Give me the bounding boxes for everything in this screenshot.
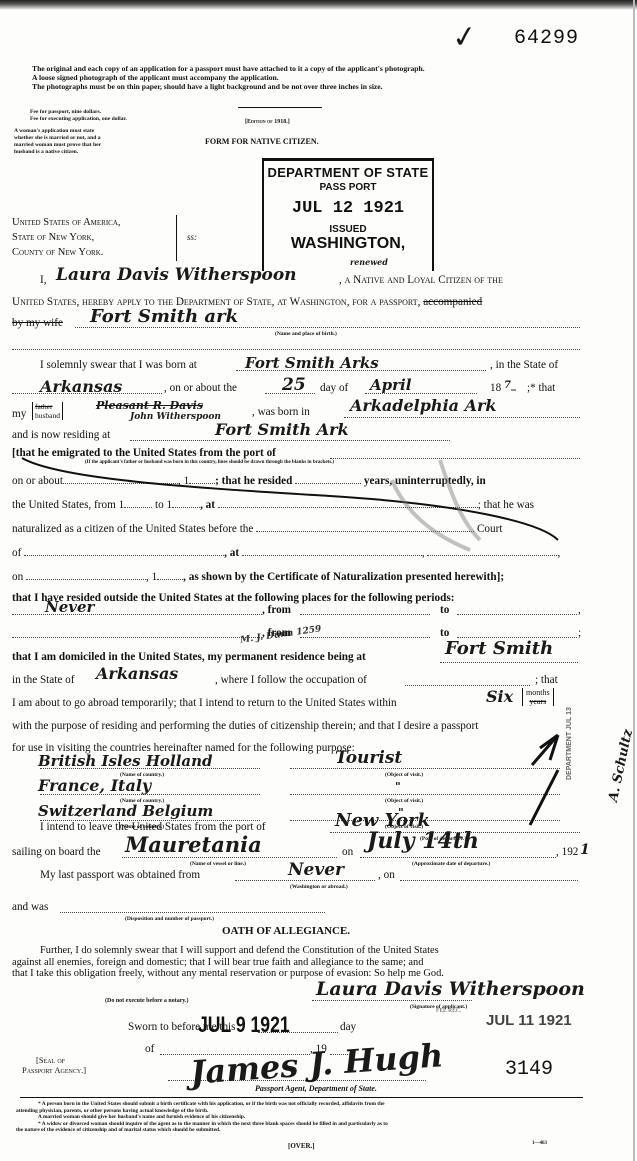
- date-caption: (Approximate date of departure.): [412, 861, 490, 867]
- birth-year-value[interactable]: 7_: [504, 380, 516, 391]
- notary-note: (Do not execute before a notary.): [105, 998, 189, 1004]
- country-2[interactable]: France, Italy: [38, 776, 151, 795]
- state-of-label: , in the State of: [490, 359, 558, 371]
- passport-application-page: ✓ 64299 The original and each copy of an…: [0, 0, 637, 1161]
- that-label: ;* that: [527, 382, 555, 394]
- stamp-annotation: renewed: [350, 257, 388, 267]
- state-value[interactable]: Arkansas: [40, 377, 122, 396]
- day-of-label: day of: [320, 382, 348, 394]
- signature-line: [312, 1000, 472, 1001]
- state-of-label-2: in the State of: [12, 674, 74, 686]
- year-prefix: 18: [490, 382, 501, 394]
- vessel-value[interactable]: Mauretania: [125, 832, 262, 857]
- place-field-line-2[interactable]: [12, 637, 262, 638]
- side-stamp: DEPARTMENT JUL 13: [566, 707, 573, 780]
- last-passport-caption: (Washington or abroad.): [290, 884, 348, 890]
- months-years-selector: months years: [522, 688, 554, 706]
- born-at-label: I solemnly swear that I was born at: [40, 359, 197, 371]
- year-prefix-1921: , 192: [556, 846, 578, 858]
- oath-title: OATH OF ALLEGIANCE.: [222, 925, 350, 937]
- object-caption: (Object of visit.): [385, 772, 423, 778]
- residence-field-line: [440, 662, 578, 663]
- check-mark-icon: ✓: [450, 18, 480, 56]
- fee-line: Fee for passport, nine dollars.: [30, 109, 127, 116]
- department-of-state-stamp: DEPARTMENT OF STATE PASS PORT JUL 12 192…: [262, 158, 434, 271]
- day-label: day: [340, 1021, 356, 1033]
- oath-text: Further, I do solemnly swear that I will…: [12, 945, 444, 980]
- domicile-line1: that I am domiciled in the United States…: [12, 651, 366, 663]
- applicant-signature: Laura Davis Witherspoon: [316, 978, 585, 1000]
- born-in-label: , was born in: [252, 406, 310, 418]
- side-initials: A. Schultz: [606, 728, 636, 803]
- form-number: 1—463: [532, 1141, 547, 1146]
- footnotes: * A person born in the United States sho…: [16, 1101, 388, 1134]
- my-label: my: [12, 408, 26, 420]
- residence-value[interactable]: Fort Smith: [445, 638, 553, 659]
- object-1[interactable]: Tourist: [335, 748, 402, 768]
- nat-line6: on , 1, as shown by the Certificate of N…: [12, 569, 504, 583]
- ss-label: ss:: [187, 232, 197, 242]
- born-in-value[interactable]: Arkadelphia Ark: [350, 396, 497, 415]
- woman-note: A woman's application must state whether…: [14, 128, 101, 156]
- disposition-field[interactable]: [60, 912, 325, 913]
- last-passport-label: My last passport was obtained from: [40, 869, 200, 881]
- punct: ;: [578, 627, 581, 639]
- intro-suffix: , a Native and Loyal Citizen of the: [339, 274, 503, 286]
- residing-value[interactable]: Fort Smith Ark: [215, 420, 349, 439]
- departure-year-value[interactable]: 1: [580, 842, 590, 858]
- and-was-label: and was: [12, 901, 48, 913]
- venue-brace: [176, 215, 177, 261]
- seal-label: [Seal of Passport Agency.]: [22, 1055, 86, 1075]
- file-number: 64299: [514, 27, 579, 50]
- apply-line: United States, hereby apply to the Depar…: [12, 296, 482, 308]
- vessel-label: sailing on board the: [12, 846, 101, 858]
- to-field-1[interactable]: [457, 614, 577, 615]
- over-label: [OVER.]: [288, 1142, 315, 1150]
- notice-line: The photographs must be on thin paper, s…: [32, 82, 425, 91]
- strike-through-line: [0, 440, 637, 560]
- abroad-line: I am about to go abroad temporarily; tha…: [12, 697, 397, 709]
- intro-prefix: I,: [40, 274, 47, 286]
- born-in-field-line: [344, 417, 580, 418]
- by-my-wife-label: by my wife: [12, 317, 63, 329]
- object-2[interactable]: ": [395, 780, 401, 793]
- of-label: of: [145, 1043, 154, 1055]
- edition-label: [Edition of 1918.]: [245, 119, 290, 125]
- last-passport-value[interactable]: Never: [288, 860, 344, 880]
- divider: [238, 107, 322, 108]
- blank-line: [12, 349, 580, 350]
- accompanied-value[interactable]: Fort Smith ark: [90, 306, 238, 327]
- day-value[interactable]: 25: [282, 375, 306, 395]
- residence-place-1[interactable]: Never: [45, 598, 94, 616]
- and-was-caption: (Disposition and number of passport.): [125, 916, 214, 922]
- husband-name[interactable]: John Witherspoon: [130, 412, 221, 422]
- form-title: FORM FOR NATIVE CITIZEN.: [205, 137, 319, 146]
- fee-received-label: FEE REC.: [436, 1008, 461, 1014]
- vessel-caption: (Name of vessel or line.): [190, 861, 246, 867]
- country-1[interactable]: British Isles Holland: [38, 752, 213, 770]
- notary-date-stamp: JUL 9 1921: [198, 1012, 290, 1038]
- notice-line: A loose signed photograph of the applica…: [32, 73, 425, 82]
- name-place-caption: (Name and place of birth.): [275, 331, 337, 337]
- photo-notice: The original and each copy of an applica…: [32, 64, 425, 91]
- date-field-line: [360, 857, 556, 858]
- occupation-label: , where I follow the occupation of: [215, 674, 367, 686]
- last-passport-field-line: [235, 880, 375, 881]
- from-field-2[interactable]: [300, 637, 430, 638]
- to-label: to: [440, 604, 449, 616]
- father-husband-selector: father husband: [32, 402, 63, 420]
- agent-caption: Passport Agent, Department of State.: [255, 1084, 377, 1093]
- return-within-value[interactable]: Six: [486, 687, 513, 706]
- serial-number: 3149: [505, 1058, 553, 1081]
- from-field-1[interactable]: [300, 614, 430, 615]
- occupation-field[interactable]: [405, 685, 530, 686]
- accompanied-field-line: [75, 327, 580, 328]
- purpose-line: with the purpose of residing and perform…: [12, 720, 478, 732]
- fee-received-stamp: JUL 11 1921: [486, 1012, 572, 1029]
- on-label: on: [342, 846, 353, 858]
- month-value[interactable]: April: [370, 376, 411, 394]
- arrow-mark-icon: [520, 730, 565, 830]
- fee-notes: Fee for passport, nine dollars. Fee for …: [30, 109, 127, 123]
- applicant-name: Laura Davis Witherspoon: [56, 265, 297, 285]
- country-3[interactable]: Switzerland Belgium: [38, 802, 213, 820]
- departure-date-value[interactable]: July 14th: [367, 828, 479, 854]
- from-label: , from: [262, 604, 291, 616]
- that-label-2: ; that: [535, 674, 558, 686]
- born-at-value[interactable]: Fort Smith Arks: [245, 354, 379, 372]
- scan-top-shadow: [0, 0, 637, 10]
- domicile-state-value[interactable]: Arkansas: [96, 664, 178, 683]
- object-caption: (Object of visit.): [385, 798, 423, 804]
- vessel-field-line: [122, 857, 337, 858]
- on-label-2: , on: [378, 869, 395, 881]
- punct: ,: [578, 604, 581, 616]
- on-or-about-label: , on or about the: [164, 382, 237, 394]
- fee-line: Fee for executing application, one dolla…: [30, 116, 127, 123]
- scan-right-edge: [633, 0, 635, 1161]
- notice-line: The original and each copy of an applica…: [32, 64, 425, 73]
- last-passport-date-field[interactable]: [400, 880, 578, 881]
- father-name-struck: Pleasant R. Davis: [96, 399, 203, 412]
- venue-block: United States of America, State of New Y…: [12, 215, 121, 260]
- footnote-divider: [20, 1097, 583, 1098]
